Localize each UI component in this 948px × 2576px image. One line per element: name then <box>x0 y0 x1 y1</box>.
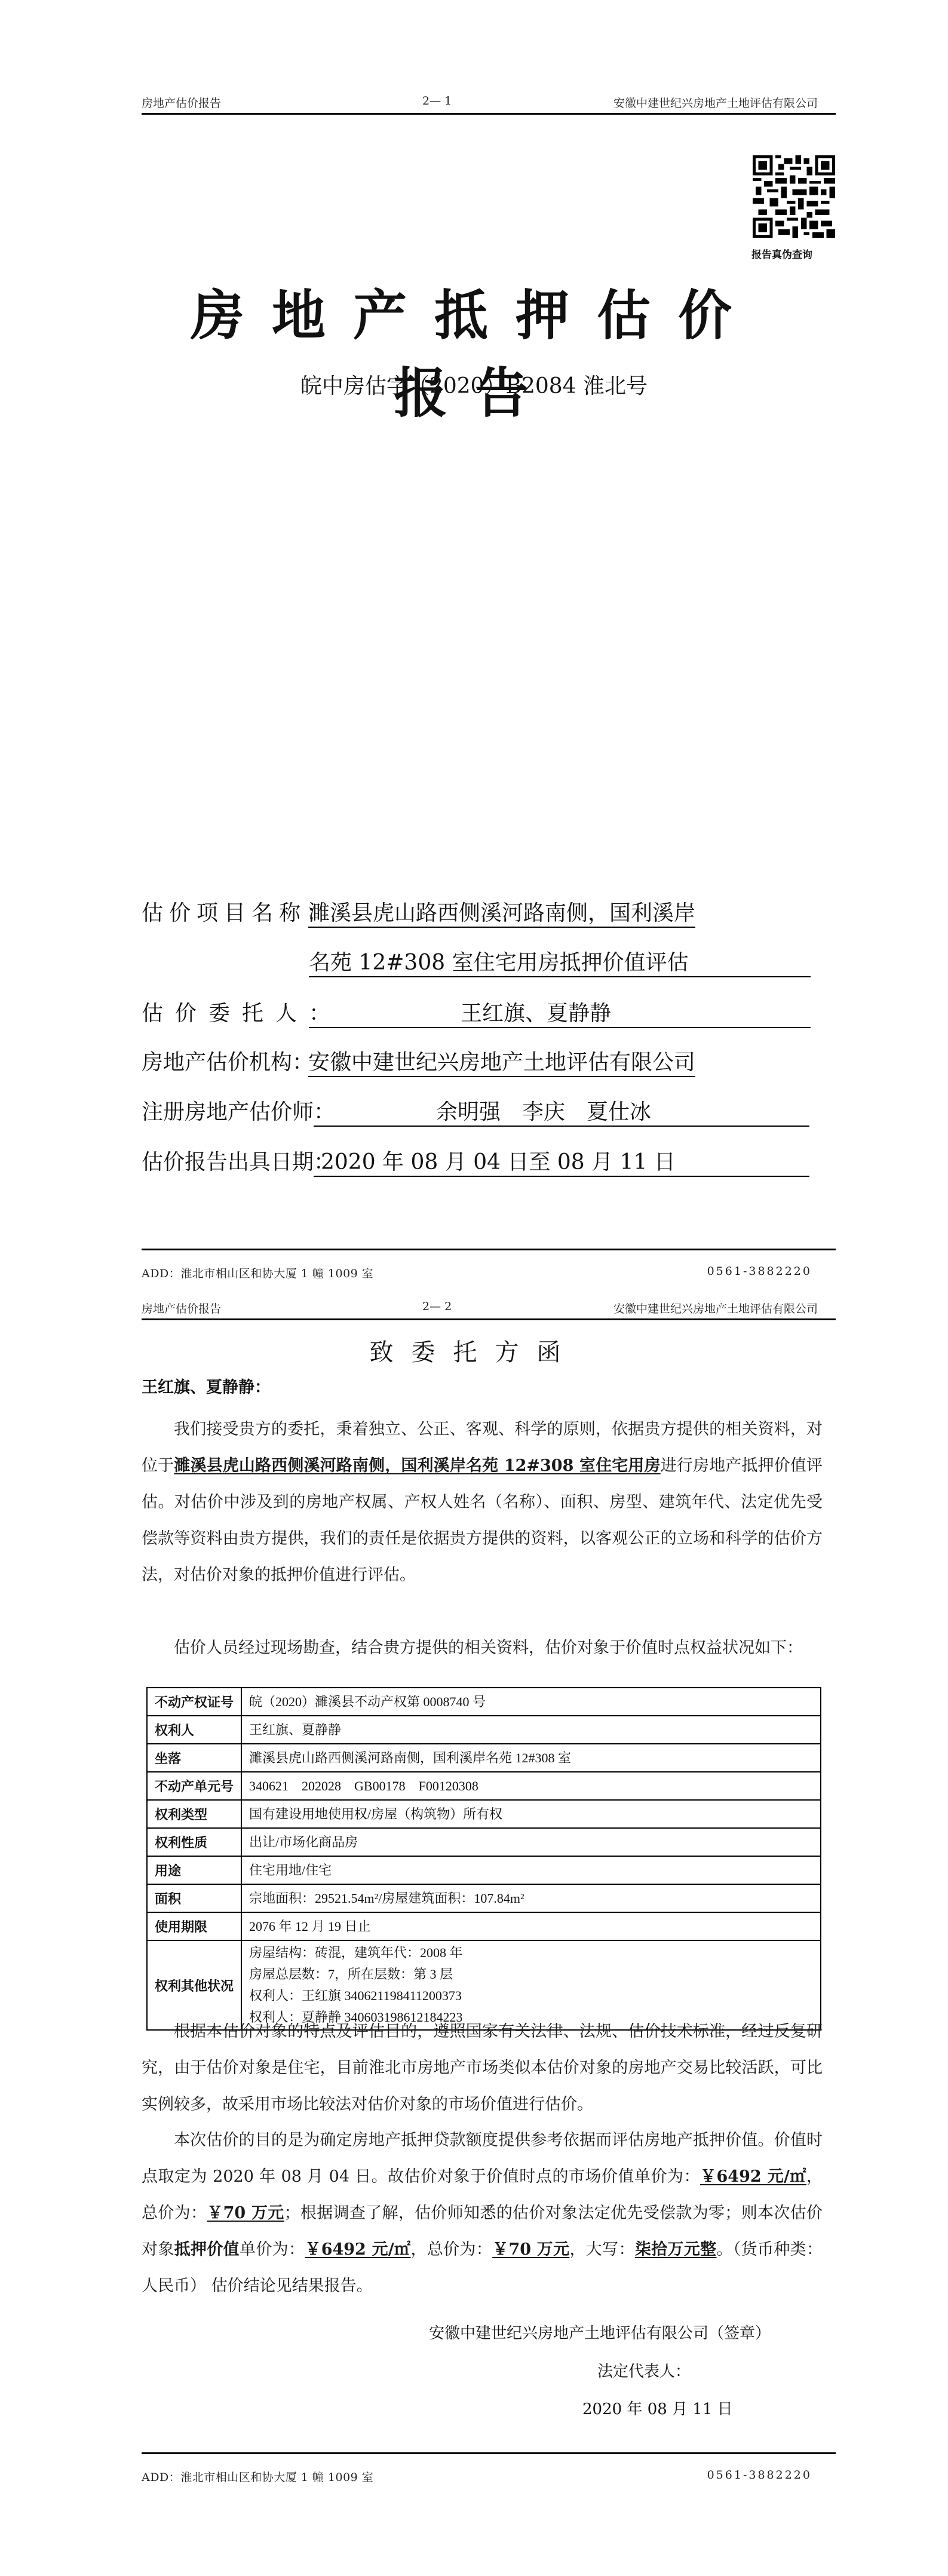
row-value: 濉溪县虎山路西侧溪河路南侧，国利溪岸名苑 12#308 室 <box>241 1744 821 1772</box>
header-company: 安徽中建世纪兴房地产土地评估有限公司 <box>613 1300 818 1316</box>
qr-verify-label: 报告真伪查询 <box>751 246 812 261</box>
row-key: 用途 <box>147 1856 241 1884</box>
paragraph-text: ，总价为： <box>410 2240 492 2259</box>
row-key: 不动产权证号 <box>147 1688 241 1716</box>
footer-address: ADD：淮北市相山区和协大厦 1 幢 1009 室 <box>142 1265 373 1281</box>
row-value: 340621 202028 GB00178 F00120308 <box>241 1772 821 1800</box>
paragraph-text: 单价为： <box>240 2240 305 2259</box>
letter-paragraph-2: 估价人员经过现场勘查，结合贵方提供的相关资料，估价对象于价值时点权益状况如下： <box>142 1630 823 1666</box>
page-footer: ADD：淮北市相山区和协大厦 1 幢 1009 室 0561-3882220 <box>142 1249 836 1278</box>
table-row: 坐落濉溪县虎山路西侧溪河路南侧，国利溪岸名苑 12#308 室 <box>147 1744 821 1772</box>
signature-company: 安徽中建世纪兴房地产土地评估有限公司（签章） <box>429 2321 771 2343</box>
header-report-type: 房地产估价报告 <box>142 1300 221 1316</box>
table-row: 不动产权证号皖（2020）濉溪县不动产权第 0008740 号 <box>147 1688 821 1716</box>
status-line: 房屋结构：砖混，建筑年代：2008 年 <box>249 1942 813 1964</box>
table-row: 不动产单元号340621 202028 GB00178 F00120308 <box>147 1772 821 1800</box>
header-page-number: 2— 2 <box>422 1300 452 1313</box>
row-key: 权利类型 <box>147 1800 241 1828</box>
page-header: 房地产估价报告 2— 1 安徽中建世纪兴房地产土地评估有限公司 <box>142 91 836 115</box>
property-address: 濉溪县虎山路西侧溪河路南侧，国利溪岸名苑 12#308 室住宅用房 <box>174 1456 660 1475</box>
qr-code-icon[interactable] <box>753 154 835 239</box>
row-value: 宗地面积：29521.54m²/房屋建筑面积：107.84m² <box>241 1884 821 1912</box>
field-label: 估价项目名称： <box>142 896 334 927</box>
row-key: 使用期限 <box>147 1912 241 1940</box>
letter-paragraph-4: 本次估价的目的是为确定房地产抵押贷款额度提供参考依据而评估房地产抵押价值。价值时… <box>142 2122 823 2304</box>
row-value: 住宅用地/住宅 <box>241 1856 821 1884</box>
status-line: 权利人：王红旗 340621198411200373 <box>249 1985 813 2007</box>
field-value: 王红旗、夏静静 <box>309 996 811 1028</box>
property-rights-table: 不动产权证号皖（2020）濉溪县不动产权第 0008740 号 权利人王红旗、夏… <box>146 1687 821 2031</box>
field-label: 估价报告出具日期： <box>142 1145 335 1176</box>
field-label: 房地产估价机构： <box>142 1045 314 1076</box>
row-key: 面积 <box>147 1884 241 1912</box>
footer-phone: 0561-3882220 <box>707 2468 812 2482</box>
paragraph-text: 进行房地产抵押价值评估。对估价中涉及到的房地产权属、产权人姓名（名称）、面积、房… <box>142 1456 823 1584</box>
letter-paragraph-1: 我们接受贵方的委托，秉着独立、公正、客观、科学的原则，依据贵方提供的相关资料，对… <box>142 1411 823 1593</box>
row-key: 不动产单元号 <box>147 1772 241 1800</box>
row-value: 出让/市场化商品房 <box>241 1828 821 1856</box>
letter-paragraph-3: 根据本估价对象的特点及评估目的，遵照国家有关法律、法规、估价技术标准，经过反复研… <box>142 2013 823 2123</box>
field-value: 濉溪县虎山路西侧溪河路南侧，国利溪岸 <box>308 896 695 928</box>
signature-legal-rep: 法定代表人： <box>597 2359 691 2381</box>
market-total-price: ￥70 万元 <box>207 2204 284 2222</box>
market-unit-price: ￥6492 元/㎡ <box>700 2167 806 2186</box>
page-header-2: 房地产估价报告 2— 2 安徽中建世纪兴房地产土地评估有限公司 <box>142 1296 836 1320</box>
field-label: 注册房地产估价师： <box>142 1095 335 1126</box>
table-row: 权利人王红旗、夏静静 <box>147 1716 821 1744</box>
mortgage-total-price: ￥70 万元 <box>492 2240 569 2259</box>
footer-phone: 0561-3882220 <box>707 1265 812 1278</box>
table-row: 使用期限2076 年 12 月 19 日止 <box>147 1912 821 1940</box>
report-title: 房地产抵押估价报告 <box>161 272 789 427</box>
field-value: 名苑 12#308 室住宅用房抵押价值评估 <box>309 946 811 977</box>
field-value: 余明强 李庆 夏仕冰 <box>314 1095 809 1127</box>
row-key: 坐落 <box>147 1744 241 1772</box>
signature-date: 2020 年 08 月 11 日 <box>582 2397 733 2419</box>
header-company: 安徽中建世纪兴房地产土地评估有限公司 <box>613 94 818 111</box>
row-key: 权利人 <box>147 1716 241 1744</box>
mortgage-unit-price: ￥6492 元/㎡ <box>305 2240 410 2259</box>
row-value: 国有建设用地使用权/房屋（构筑物）所有权 <box>241 1800 821 1828</box>
field-value: 2020 年 08 月 04 日至 08 月 11 日 <box>314 1145 809 1177</box>
report-number: 皖中房估字（2020）B2084 淮北号 <box>0 369 948 400</box>
table-row: 权利性质出让/市场化商品房 <box>147 1828 821 1856</box>
table-row: 面积宗地面积：29521.54m²/房屋建筑面积：107.84m² <box>147 1884 821 1912</box>
letter-title: 致委托方函 <box>0 1333 948 1367</box>
row-value: 2076 年 12 月 19 日止 <box>241 1912 821 1940</box>
mortgage-value-label: 抵押价值 <box>174 2240 240 2259</box>
table-row: 用途住宅用地/住宅 <box>147 1856 821 1884</box>
status-line: 房屋总层数：7，所在层数：第 3 层 <box>249 1964 813 1985</box>
header-page-number: 2— 1 <box>422 94 452 108</box>
paragraph-text: ，大写： <box>569 2240 634 2259</box>
field-value: 安徽中建世纪兴房地产土地评估有限公司 <box>308 1045 695 1077</box>
total-price-uppercase: 柒拾万元整 <box>635 2240 717 2259</box>
row-value: 王红旗、夏静静 <box>241 1716 821 1744</box>
page-footer-2: ADD：淮北市相山区和协大厦 1 幢 1009 室 0561-3882220 <box>142 2452 836 2482</box>
footer-address: ADD：淮北市相山区和协大厦 1 幢 1009 室 <box>142 2468 373 2485</box>
header-report-type: 房地产估价报告 <box>142 94 221 111</box>
row-key: 权利性质 <box>147 1828 241 1856</box>
table-row: 权利类型国有建设用地使用权/房屋（构筑物）所有权 <box>147 1800 821 1828</box>
row-value: 皖（2020）濉溪县不动产权第 0008740 号 <box>241 1688 821 1716</box>
letter-salutation: 王红旗、夏静静： <box>142 1374 271 1397</box>
